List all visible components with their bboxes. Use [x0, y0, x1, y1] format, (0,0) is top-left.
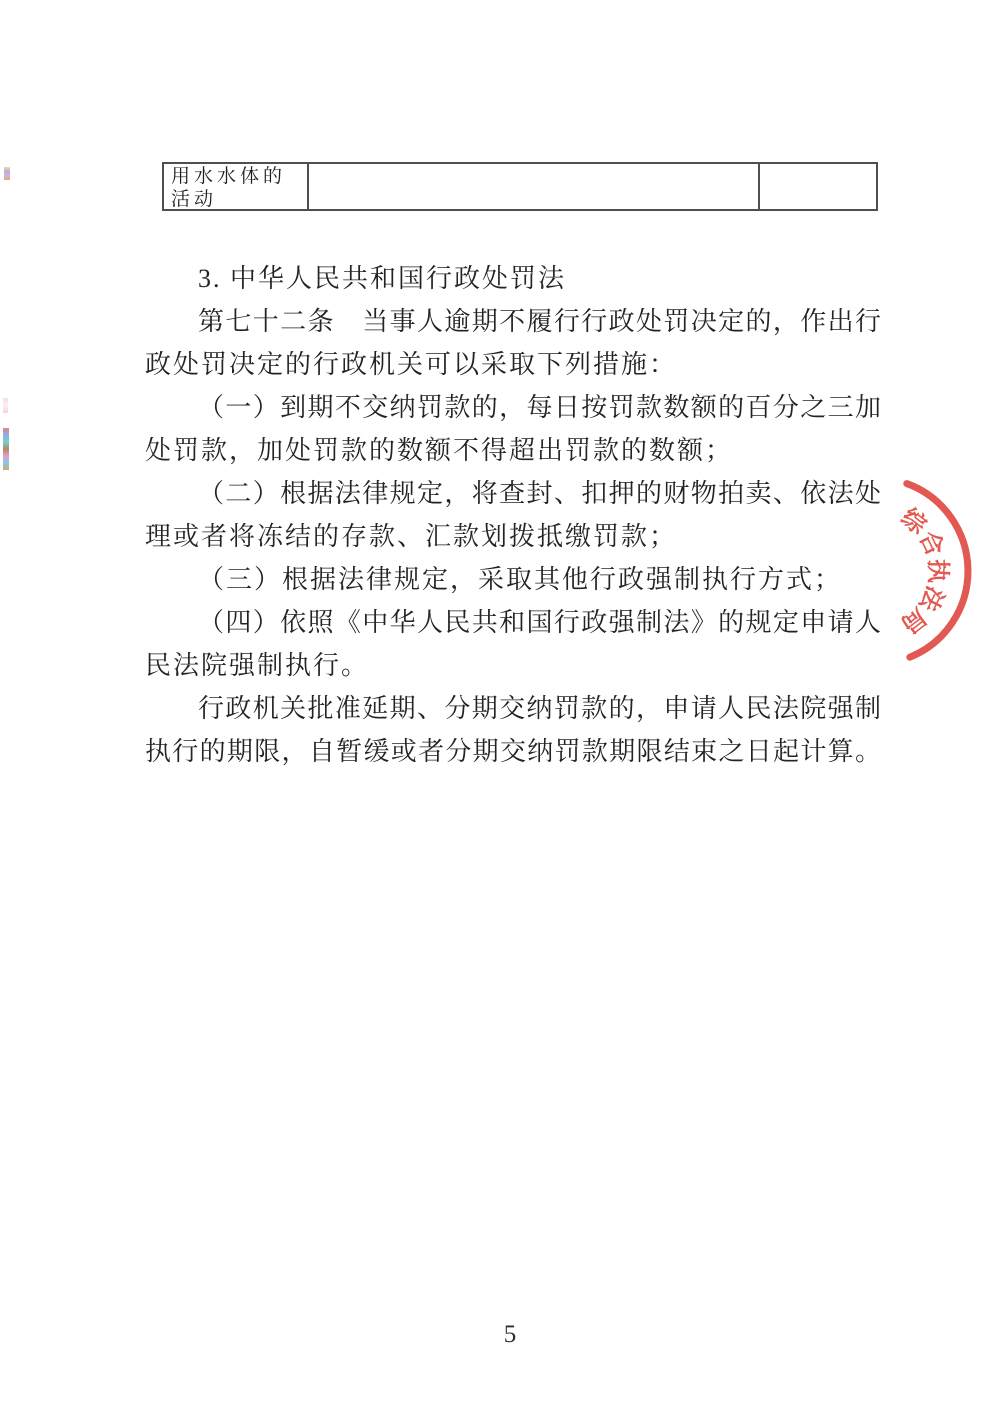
text-line: 民法院强制执行。 [145, 644, 882, 687]
text-line: 行政机关批准延期、分期交纳罚款的，申请人民法院强制 [145, 687, 882, 730]
text-line: （二）根据法律规定，将查封、扣押的财物拍卖、依法处 [145, 472, 882, 515]
text-line: 执行的期限，自暂缓或者分期交纳罚款期限结束之日起计算。 [145, 730, 882, 773]
text-line: （一）到期不交纳罚款的，每日按罚款数额的百分之三加 [145, 386, 882, 429]
legal-text-block: 3. 中华人民共和国行政处罚法 第七十二条 当事人逾期不履行行政处罚决定的，作出… [145, 257, 882, 773]
scan-artifact [4, 167, 10, 180]
scan-artifact [3, 428, 9, 470]
seal-text-group: 综 合 执 法 局 [896, 503, 951, 638]
table-cell-empty-middle [309, 164, 760, 209]
text-line: （四）依照《中华人民共和国行政强制法》的规定申请人 [145, 601, 882, 644]
heading-law-title: 3. 中华人民共和国行政处罚法 [145, 257, 882, 300]
seal-char: 执 [924, 559, 951, 583]
scan-artifact [3, 398, 8, 413]
text-line: 理或者将冻结的存款、汇款划拨抵缴罚款； [145, 515, 882, 558]
text-line: （三）根据法律规定，采取其他行政强制执行方式； [145, 558, 882, 601]
text-line: 处罚款，加处罚款的数额不得超出罚款的数额； [145, 429, 882, 472]
table-cell-empty-right [760, 164, 876, 209]
page-number: 5 [0, 1321, 1000, 1349]
table-fragment: 用水水体的活动 [162, 162, 878, 211]
text-line: 政处罚决定的行政机关可以采取下列措施： [145, 343, 882, 386]
table-cell-activity: 用水水体的活动 [164, 164, 309, 209]
red-seal-stamp: 综 合 执 法 局 [850, 458, 1000, 688]
text-line: 第七十二条 当事人逾期不履行行政处罚决定的，作出行 [145, 300, 882, 343]
